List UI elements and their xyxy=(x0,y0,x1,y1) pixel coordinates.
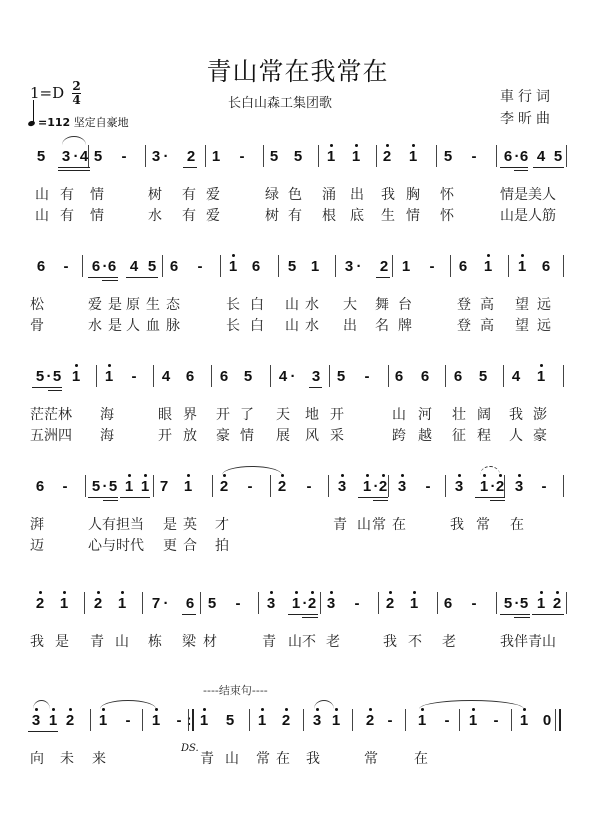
lyric-text: 展 xyxy=(276,425,290,445)
note: 3 xyxy=(30,712,42,729)
note: 6 xyxy=(218,368,230,385)
octave-dot-icon xyxy=(39,591,42,594)
lyric-text: 是 xyxy=(108,294,122,314)
lyric-text: 山不 xyxy=(288,631,316,651)
note: 1 xyxy=(227,258,239,275)
octave-dot-icon xyxy=(382,474,385,477)
note: 6 xyxy=(518,148,530,165)
beam-underline xyxy=(514,170,528,171)
beam-underline xyxy=(302,617,318,618)
octave-dot-icon xyxy=(108,364,111,367)
song-title: 青山常在我常在 xyxy=(0,52,595,88)
octave-dot-icon xyxy=(366,474,369,477)
bar-line xyxy=(84,592,85,614)
note: 1 xyxy=(210,148,222,165)
bar-line xyxy=(566,592,567,614)
dash-extension: - xyxy=(194,258,206,275)
bar-line xyxy=(388,365,389,387)
lyric-text: 山是人筋 xyxy=(500,205,556,225)
dot-rhythm: · xyxy=(160,148,172,165)
lyric-text: 是 xyxy=(163,514,177,534)
bar-line xyxy=(145,145,146,167)
beam-underline xyxy=(358,497,388,498)
octave-dot-icon xyxy=(97,591,100,594)
lyric-text: 在 xyxy=(510,514,524,534)
lyric-text: 脉 xyxy=(166,315,180,335)
lyric-text: 怀 xyxy=(440,184,454,204)
note: 3 xyxy=(453,478,465,495)
lyric-text: 登 xyxy=(457,315,471,335)
lyric-text: 山 xyxy=(115,631,129,651)
lyric-text: 骨 xyxy=(30,315,44,335)
note: 5 xyxy=(335,368,347,385)
note: 5 xyxy=(292,148,304,165)
lyric-text: 生 xyxy=(381,205,395,225)
beam-underline xyxy=(88,497,118,498)
beam-underline xyxy=(532,614,564,615)
dash-extension: - xyxy=(426,258,438,275)
bar-line xyxy=(496,592,497,614)
lyric-text: 绿 xyxy=(265,184,279,204)
lyric-text: 底 xyxy=(350,205,364,225)
lyric-text: 材 xyxy=(203,631,217,651)
lyric-text: 山 xyxy=(35,205,49,225)
note: 6 xyxy=(35,258,47,275)
note: 2 xyxy=(92,595,104,612)
note: 2 xyxy=(551,595,563,612)
lyric-text: 地 xyxy=(305,404,319,424)
lyric-text: 出 xyxy=(350,184,364,204)
note: 5 xyxy=(224,712,236,729)
lyric-text: 青 xyxy=(333,514,347,534)
lyric-text: 征 xyxy=(452,425,466,445)
slur-arc xyxy=(419,700,524,709)
bar-line xyxy=(329,365,330,387)
lyric-text: 海 xyxy=(100,404,114,424)
bar-line xyxy=(220,255,221,277)
lyric-text: 更 xyxy=(163,535,177,555)
beam-underline xyxy=(500,614,530,615)
lyric-text: 我 xyxy=(381,184,395,204)
note: 1 xyxy=(198,712,210,729)
lyric-text: 情是美人 xyxy=(500,184,556,204)
octave-dot-icon xyxy=(335,708,338,711)
lyricist-credit: 車行词 xyxy=(500,86,554,106)
beam-underline xyxy=(88,277,118,278)
octave-dot-icon xyxy=(330,591,333,594)
beam-underline xyxy=(376,277,390,278)
bar-line xyxy=(392,255,393,277)
beam-underline xyxy=(58,167,90,168)
bar-line xyxy=(352,709,353,731)
lyric-text: 向 xyxy=(30,748,44,768)
note: 2 xyxy=(276,478,288,495)
dash-extension: - xyxy=(303,478,315,495)
octave-dot-icon xyxy=(285,708,288,711)
note: 4 xyxy=(510,368,522,385)
lyric-text: 在 xyxy=(414,748,428,768)
note: 2 xyxy=(64,712,76,729)
octave-dot-icon xyxy=(389,591,392,594)
octave-dot-icon xyxy=(295,591,298,594)
lyric-text: 怀 xyxy=(440,205,454,225)
octave-dot-icon xyxy=(144,474,147,477)
note: 1 xyxy=(47,712,59,729)
note: 1 xyxy=(139,478,151,495)
octave-dot-icon xyxy=(270,591,273,594)
lyric-text: 未 xyxy=(60,748,74,768)
dash-extension: - xyxy=(468,148,480,165)
lyric-text: 常 xyxy=(364,748,378,768)
lyric-text: 白 xyxy=(250,294,264,314)
note: 5 xyxy=(286,258,298,275)
key-signature: 1=D xyxy=(30,84,64,102)
lyric-text: 涌 xyxy=(322,184,336,204)
octave-dot-icon xyxy=(540,591,543,594)
bar-line xyxy=(445,365,446,387)
dash-extension: - xyxy=(59,478,71,495)
lyric-text: 跨 xyxy=(392,425,406,445)
lyric-text: 放 xyxy=(183,425,197,445)
lyric-text: 胸 xyxy=(406,184,420,204)
bar-line xyxy=(153,365,154,387)
lyric-text: 山 xyxy=(285,294,299,314)
lyric-text: 树 xyxy=(148,184,162,204)
lyric-text: 山 xyxy=(357,514,371,534)
lyric-text: 长 xyxy=(226,315,240,335)
slur-arc xyxy=(480,466,500,475)
dash-extension: - xyxy=(236,148,248,165)
lyric-text: 高 xyxy=(480,294,494,314)
note: 1 xyxy=(400,258,412,275)
lyric-text: 水 xyxy=(148,205,162,225)
dal-segno-marker: DS. xyxy=(181,743,199,754)
note: 5 xyxy=(107,478,119,495)
lyric-text: 在 xyxy=(392,514,406,534)
note: 1 xyxy=(103,368,115,385)
lyric-text: 情 xyxy=(90,205,104,225)
bar-line xyxy=(205,145,206,167)
bar-line xyxy=(328,475,329,497)
dash-extension: - xyxy=(538,478,550,495)
lyric-text: 五洲四 xyxy=(30,425,72,445)
slur-arc xyxy=(62,136,86,145)
lyric-text: 舞 xyxy=(375,294,389,314)
note: 5 xyxy=(518,595,530,612)
beam-underline xyxy=(533,167,564,168)
octave-dot-icon xyxy=(369,708,372,711)
lyric-text: 不 xyxy=(408,631,422,651)
lyric-text: 英 xyxy=(183,514,197,534)
lyric-text: 了 xyxy=(240,404,254,424)
bar-line xyxy=(90,709,91,731)
lyric-text: 河 xyxy=(418,404,432,424)
note: 1 xyxy=(467,712,479,729)
lyric-text: 栋 xyxy=(148,631,162,651)
bar-line xyxy=(303,709,304,731)
lyric-text: 湃 xyxy=(30,514,44,534)
bar-line xyxy=(436,145,437,167)
lyric-text: 长 xyxy=(226,294,240,314)
note: 1 xyxy=(350,148,362,165)
octave-dot-icon xyxy=(75,364,78,367)
dash-extension: - xyxy=(128,368,140,385)
dash-extension: - xyxy=(384,712,396,729)
lyric-text: 越 xyxy=(418,425,432,445)
bar-line xyxy=(511,709,512,731)
octave-dot-icon xyxy=(556,591,559,594)
note: 1 xyxy=(516,258,528,275)
bar-line xyxy=(82,255,83,277)
beam-underline xyxy=(490,500,505,501)
bar-line xyxy=(142,592,143,614)
bar-line xyxy=(378,592,379,614)
lyric-text: 情 xyxy=(240,425,254,445)
time-signature: 2 4 xyxy=(72,80,81,107)
octave-dot-icon xyxy=(63,591,66,594)
slur-arc xyxy=(100,700,156,709)
note: 1 xyxy=(325,148,337,165)
octave-dot-icon xyxy=(386,144,389,147)
note: 6 xyxy=(106,258,118,275)
note: 2 xyxy=(384,595,396,612)
dash-extension: - xyxy=(351,595,363,612)
note: 3 xyxy=(265,595,277,612)
lyric-text: 树 xyxy=(265,205,279,225)
lyric-text: 态 xyxy=(166,294,180,314)
lyric-text: 我 xyxy=(30,631,44,651)
lyric-text: 常 xyxy=(256,748,270,768)
composer-credit: 李昕曲 xyxy=(500,108,554,128)
lyric-text: 来 xyxy=(92,748,106,768)
slur-arc xyxy=(314,700,334,709)
octave-dot-icon xyxy=(458,474,461,477)
time-signature-bottom: 4 xyxy=(72,94,81,107)
lyric-text: 人 xyxy=(509,425,523,445)
lyric-text: 登 xyxy=(457,294,471,314)
bar-line xyxy=(508,255,509,277)
note: 1 xyxy=(535,595,547,612)
lyric-text: 壮 xyxy=(452,404,466,424)
note: 2 xyxy=(185,148,197,165)
lyric-text: 原 xyxy=(126,294,140,314)
note: 1 xyxy=(182,478,194,495)
bar-line xyxy=(503,365,504,387)
bar-line xyxy=(504,475,505,497)
note: 7 xyxy=(158,478,170,495)
note: 1 xyxy=(58,595,70,612)
note: 1 xyxy=(416,712,428,729)
note: 3 xyxy=(513,478,525,495)
bar-line xyxy=(405,709,406,731)
note: 3 xyxy=(311,712,323,729)
dash-extension: - xyxy=(361,368,373,385)
lyric-text: 水 xyxy=(305,294,319,314)
bar-line xyxy=(263,145,264,167)
bar-line xyxy=(388,475,389,497)
bar-line xyxy=(555,709,556,731)
note: 2 xyxy=(34,595,46,612)
note: 6 xyxy=(540,258,552,275)
dash-extension: - xyxy=(468,595,480,612)
octave-dot-icon xyxy=(121,591,124,594)
lyric-text: 天 xyxy=(276,404,290,424)
beam-underline xyxy=(182,614,196,615)
octave-dot-icon xyxy=(187,474,190,477)
ending-marker: ----结束句---- xyxy=(203,682,268,698)
time-signature-top: 2 xyxy=(72,80,81,93)
double-bar-line xyxy=(192,709,194,731)
octave-dot-icon xyxy=(203,708,206,711)
beam-underline xyxy=(32,387,62,388)
lyric-text: 出 xyxy=(343,315,357,335)
tempo-marking: =112 坚定自豪地 xyxy=(38,114,129,130)
lyric-text: 我 xyxy=(306,748,320,768)
lyric-text: 豪 xyxy=(533,425,547,445)
lyric-text: 水 xyxy=(305,315,319,335)
lyric-text: 色 xyxy=(288,184,302,204)
note: 3 xyxy=(336,478,348,495)
note: 6 xyxy=(184,368,196,385)
note: 1 xyxy=(256,712,268,729)
note: 6 xyxy=(419,368,431,385)
note: 0 xyxy=(541,712,553,729)
beam-underline xyxy=(309,387,322,388)
bar-line xyxy=(188,709,189,731)
note: 5 xyxy=(51,368,63,385)
lyric-text: 开 xyxy=(216,404,230,424)
lyric-text: 拍 xyxy=(215,535,229,555)
slur-arc xyxy=(33,700,50,709)
bar-line xyxy=(212,475,213,497)
dot-rhythm: · xyxy=(160,595,172,612)
lyric-text: 牌 xyxy=(398,315,412,335)
note: 5 xyxy=(206,595,218,612)
lyric-text: 风 xyxy=(305,425,319,445)
dot-rhythm: · xyxy=(353,258,365,275)
bar-line xyxy=(563,365,564,387)
beam-underline xyxy=(102,280,118,281)
note: 1 xyxy=(150,712,162,729)
lyric-text: 远 xyxy=(537,294,551,314)
bar-line xyxy=(318,145,319,167)
lyric-text: 爱 xyxy=(206,184,220,204)
beam-underline xyxy=(103,500,118,501)
lyric-text: 有 xyxy=(182,184,196,204)
beam-underline xyxy=(58,170,90,171)
note: 4 xyxy=(128,258,140,275)
bar-line xyxy=(437,592,438,614)
lyric-text: 有 xyxy=(182,205,196,225)
bar-line xyxy=(278,255,279,277)
note: 6 xyxy=(34,478,46,495)
lyric-text: 血 xyxy=(146,315,160,335)
bar-line xyxy=(258,592,259,614)
lyric-text: 大 xyxy=(343,294,357,314)
quarter-note-icon xyxy=(27,120,35,127)
lyric-text: 情 xyxy=(406,205,420,225)
note: 5 xyxy=(35,148,47,165)
note: 1 xyxy=(123,478,135,495)
dash-extension: - xyxy=(422,478,434,495)
beam-underline xyxy=(126,277,158,278)
lyric-text: 迈 xyxy=(30,535,44,555)
bar-line xyxy=(162,255,163,277)
note: 3 xyxy=(396,478,408,495)
note: 5 xyxy=(92,148,104,165)
lyric-text: 我 xyxy=(450,514,464,534)
lyric-text: 青 xyxy=(200,748,214,768)
bar-line xyxy=(270,365,271,387)
bar-line xyxy=(563,255,564,277)
lyric-text: 程 xyxy=(477,425,491,445)
lyric-text: 合 xyxy=(183,535,197,555)
note: 6 xyxy=(250,258,262,275)
dash-extension: - xyxy=(244,478,256,495)
bar-line xyxy=(270,475,271,497)
bar-line xyxy=(153,475,154,497)
octave-dot-icon xyxy=(69,708,72,711)
lyric-text: 山 xyxy=(285,315,299,335)
lyric-text: 白 xyxy=(250,315,264,335)
note: 2 xyxy=(378,258,390,275)
dot-rhythm: · xyxy=(287,368,299,385)
bar-line xyxy=(496,145,497,167)
bar-line xyxy=(566,145,567,167)
lyric-text: 有 xyxy=(60,184,74,204)
lyric-text: 在 xyxy=(276,748,290,768)
note: 2 xyxy=(280,712,292,729)
double-bar-line xyxy=(559,709,561,731)
note: 5 xyxy=(242,368,254,385)
note: 5 xyxy=(442,148,454,165)
note: 1 xyxy=(535,368,547,385)
note: 1 xyxy=(518,712,530,729)
lyric-text: 豪 xyxy=(216,425,230,445)
lyric-text: 是 xyxy=(55,631,69,651)
lyric-text: 澎 xyxy=(533,404,547,424)
lyric-text: 青 xyxy=(262,631,276,651)
note: 5 xyxy=(552,148,564,165)
dash-extension: - xyxy=(232,595,244,612)
lyric-text: 开 xyxy=(158,425,172,445)
bar-line xyxy=(211,365,212,387)
lyric-text: 情 xyxy=(90,184,104,204)
lyric-text: 人有担当 xyxy=(88,514,144,534)
note: 6 xyxy=(452,368,464,385)
lyric-text: 我 xyxy=(383,631,397,651)
lyric-text: 望 xyxy=(515,294,529,314)
note: 2 xyxy=(364,712,376,729)
note: 1 xyxy=(482,258,494,275)
tempo-value: =112 xyxy=(38,116,70,129)
lyric-text: 山 xyxy=(392,404,406,424)
octave-dot-icon xyxy=(355,144,358,147)
lyric-text: 松 xyxy=(30,294,44,314)
bar-line xyxy=(376,145,377,167)
lyric-text: 人 xyxy=(126,315,140,335)
note: 1 xyxy=(116,595,128,612)
bar-line xyxy=(85,475,86,497)
lyric-text: 有 xyxy=(60,205,74,225)
octave-dot-icon xyxy=(521,254,524,257)
note: 1 xyxy=(330,712,342,729)
octave-dot-icon xyxy=(412,144,415,147)
lyric-text: 名 xyxy=(375,315,389,335)
note: 6 xyxy=(168,258,180,275)
octave-dot-icon xyxy=(401,474,404,477)
bar-line xyxy=(320,592,321,614)
